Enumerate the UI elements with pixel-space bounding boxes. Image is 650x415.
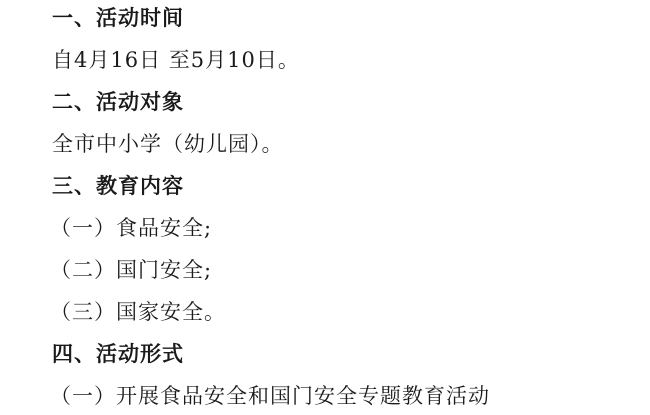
content-item-food-safety: （一）食品安全; bbox=[50, 214, 212, 242]
section-heading-education-content: 三、教育内容 bbox=[52, 172, 184, 200]
section-heading-activity-time: 一、活动时间 bbox=[52, 4, 184, 32]
activity-time-text: 自4月16日 至5月10日。 bbox=[52, 46, 300, 74]
document-page: 一、活动时间 自4月16日 至5月10日。 二、活动对象 全市中小学（幼儿园）。… bbox=[0, 0, 650, 415]
content-item-national-security: （三）国家安全。 bbox=[50, 298, 226, 326]
section-heading-activity-target: 二、活动对象 bbox=[52, 88, 184, 116]
activity-target-text: 全市中小学（幼儿园）。 bbox=[52, 130, 284, 158]
section-heading-activity-form: 四、活动形式 bbox=[52, 340, 184, 368]
form-item-special-education: （一）开展食品安全和国门安全专题教育活动 bbox=[50, 382, 490, 410]
content-item-border-safety: （二）国门安全; bbox=[50, 256, 212, 284]
